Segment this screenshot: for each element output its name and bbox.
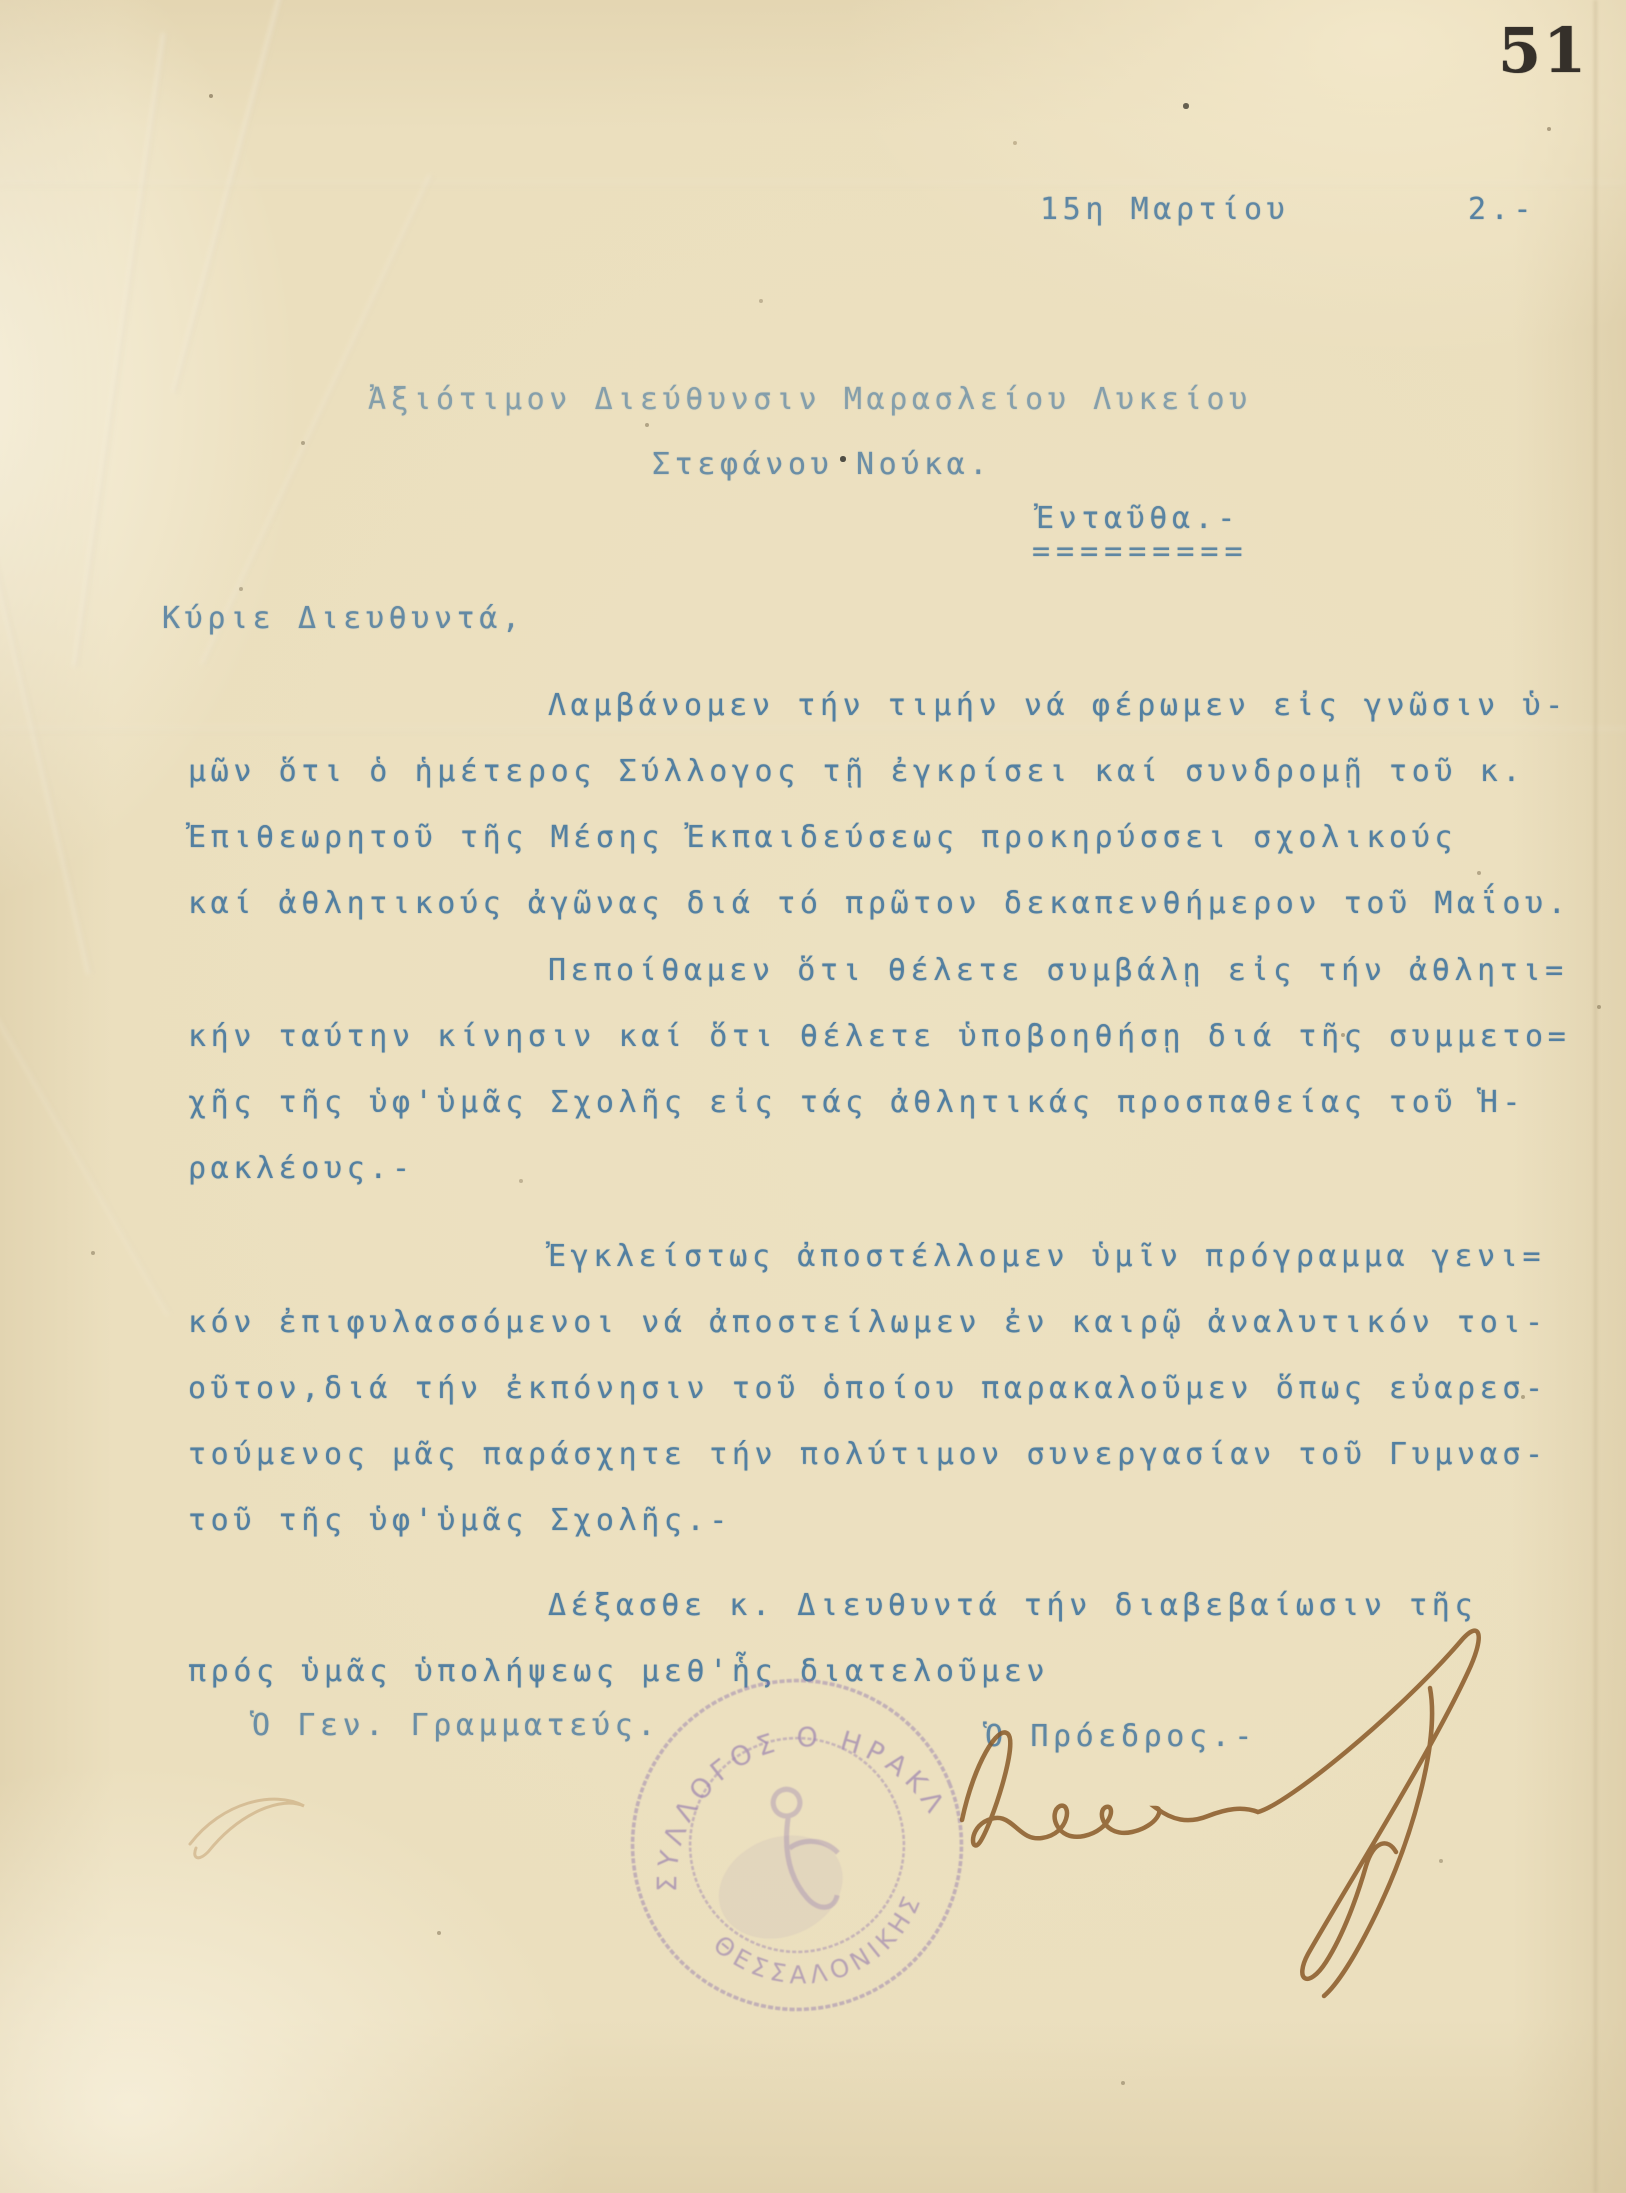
letter-line: Πεποίθαμεν ὅτι θέλετε συμβάλῃ εἰς τήν ἀθ…	[188, 953, 1583, 1019]
address-line-2: Στεφάνου Νούκα.	[652, 447, 992, 482]
letter-line: οῦτον,διά τήν ἐκπόνησιν τοῦ ὁποίου παρακ…	[188, 1371, 1583, 1437]
address-line-1: Ἀξιότιμον Διεύθυνσιν Μαρασλείου Λυκείου	[368, 382, 1252, 417]
letter-line: τοῦ τῆς ὑφ'ὑμᾶς Σχολῆς.-	[188, 1503, 1583, 1569]
letter-line: Ἐγκλείστως ἀποστέλλομεν ὑμῖν πρόγραμμα γ…	[188, 1239, 1583, 1305]
closing-secretary: Ὁ Γεν. Γραμματεύς.	[252, 1708, 660, 1743]
paper-crease	[201, 174, 433, 665]
paper-crease	[1594, 0, 1597, 2193]
paper-crease	[73, 33, 166, 667]
paper-crease	[0, 984, 171, 1315]
paper-crease	[0, 182, 1626, 186]
date-day-month: 15η Μαρτίου	[1040, 192, 1289, 227]
letter-line: χῆς τῆς ὑφ'ὑμᾶς Σχολῆς εἰς τάς ἀθλητικάς…	[188, 1085, 1583, 1151]
letter-line: μῶν ὅτι ὁ ἡμέτερος Σύλλογος τῇ ἐγκρίσει …	[188, 754, 1583, 820]
letter-line: Λαμβάνομεν τήν τιμήν νά φέρωμεν εἰς γνῶσ…	[188, 688, 1583, 754]
page-number: 51	[1498, 14, 1588, 87]
president-signature	[920, 1592, 1560, 2032]
letter-line: καί ἀθλητικούς ἀγῶνας διά τό πρῶτον δεκα…	[188, 886, 1583, 952]
salutation: Κύριε Διευθυντά,	[162, 601, 525, 636]
letter-line: κόν ἐπιφυλασσόμενοι νά ἀποστείλωμεν ἐν κ…	[188, 1305, 1583, 1371]
letter-line: Ἐπιθεωρητοῦ τῆς Μέσης Ἐκπαιδεύσεως προκη…	[188, 820, 1583, 886]
paragraph: Λαμβάνομεν τήν τιμήν νά φέρωμεν εἰς γνῶσ…	[188, 688, 1583, 952]
paper-crease	[172, 0, 287, 393]
paper-crease	[0, 525, 92, 974]
address-line-3: Ἐνταῦθα.-	[1036, 501, 1240, 536]
paragraph: Ἐγκλείστως ἀποστέλλομεν ὑμῖν πρόγραμμα γ…	[188, 1239, 1583, 1569]
letter-page: 51 15η Μαρτίου 2.- Ἀξιότιμον Διεύθυνσιν …	[0, 0, 1626, 2193]
pencil-mark	[178, 1778, 398, 1878]
letter-line: κήν ταύτην κίνησιν καί ὅτι θέλετε ὑποβοη…	[188, 1019, 1583, 1085]
letter-line: τούμενος μᾶς παράσχητε τήν πολύτιμον συν…	[188, 1437, 1583, 1503]
letter-line: ρακλέους.-	[188, 1151, 1583, 1217]
paragraph: Πεποίθαμεν ὅτι θέλετε συμβάλῃ εἰς τήν ἀθ…	[188, 953, 1583, 1217]
address-underline: =========	[1032, 534, 1249, 569]
letter-body: Λαμβάνομεν τήν τιμήν νά φέρωμεν εἰς γνῶσ…	[188, 688, 1583, 1720]
ink-specks	[0, 0, 2, 2]
date-right: 2.-	[1468, 192, 1536, 227]
